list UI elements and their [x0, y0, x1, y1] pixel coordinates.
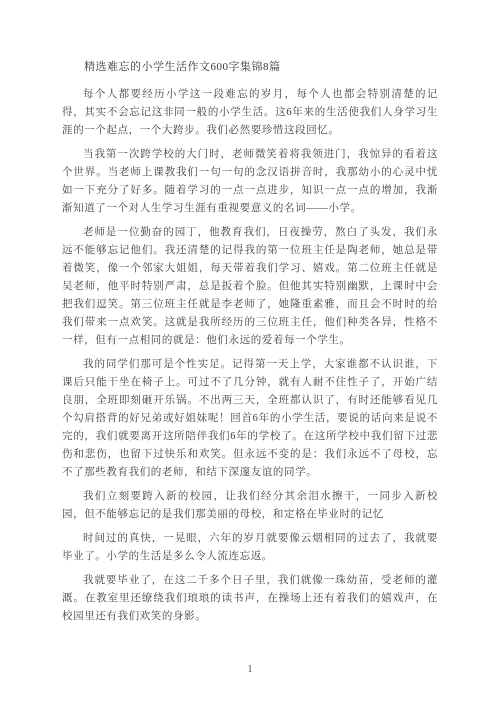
paragraph-teachers: 老师是一位勤奋的园丁，他教育我们，日夜操劳，熬白了头发，我们永远不能够忘记他们。…: [62, 224, 438, 350]
paragraph-graduation: 我就要毕业了，在这二千多个日子里，我们就像一珠幼苗，受老师的灌溉。在教室里还缭绕…: [62, 572, 438, 626]
paragraph-time-flies: 时间过的真快，一晃眼，六年的岁月就要像云烟相同的过去了，我就要毕业了。小学的生活…: [62, 530, 438, 566]
paragraph-intro: 每个人都要经历小学这一段难忘的岁月，每个人也都会特别清楚的记得，其实不会忘记这非…: [62, 86, 438, 140]
document-page: 精选难忘的小学生活作文600字集锦8篇 每个人都要经历小学这一段难忘的岁月，每个…: [0, 0, 500, 708]
paragraph-first-day: 当我第一次跨学校的大门时，老师微笑着将我领进门，我惊异的看着这个世界。当老师上课…: [62, 146, 438, 218]
page-number: 1: [0, 664, 500, 675]
paragraph-classmates: 我的同学们那可是个性实足。记得第一天上学，大家谁都不认识谁，下课后只能干坐在椅子…: [62, 356, 438, 482]
paragraph-new-school: 我们立刻要跨入新的校园，让我们经分其余泪水擦干，一同步入新校园，但不能够忘记的是…: [62, 488, 438, 524]
document-title: 精选难忘的小学生活作文600字集锦8篇: [62, 58, 438, 76]
